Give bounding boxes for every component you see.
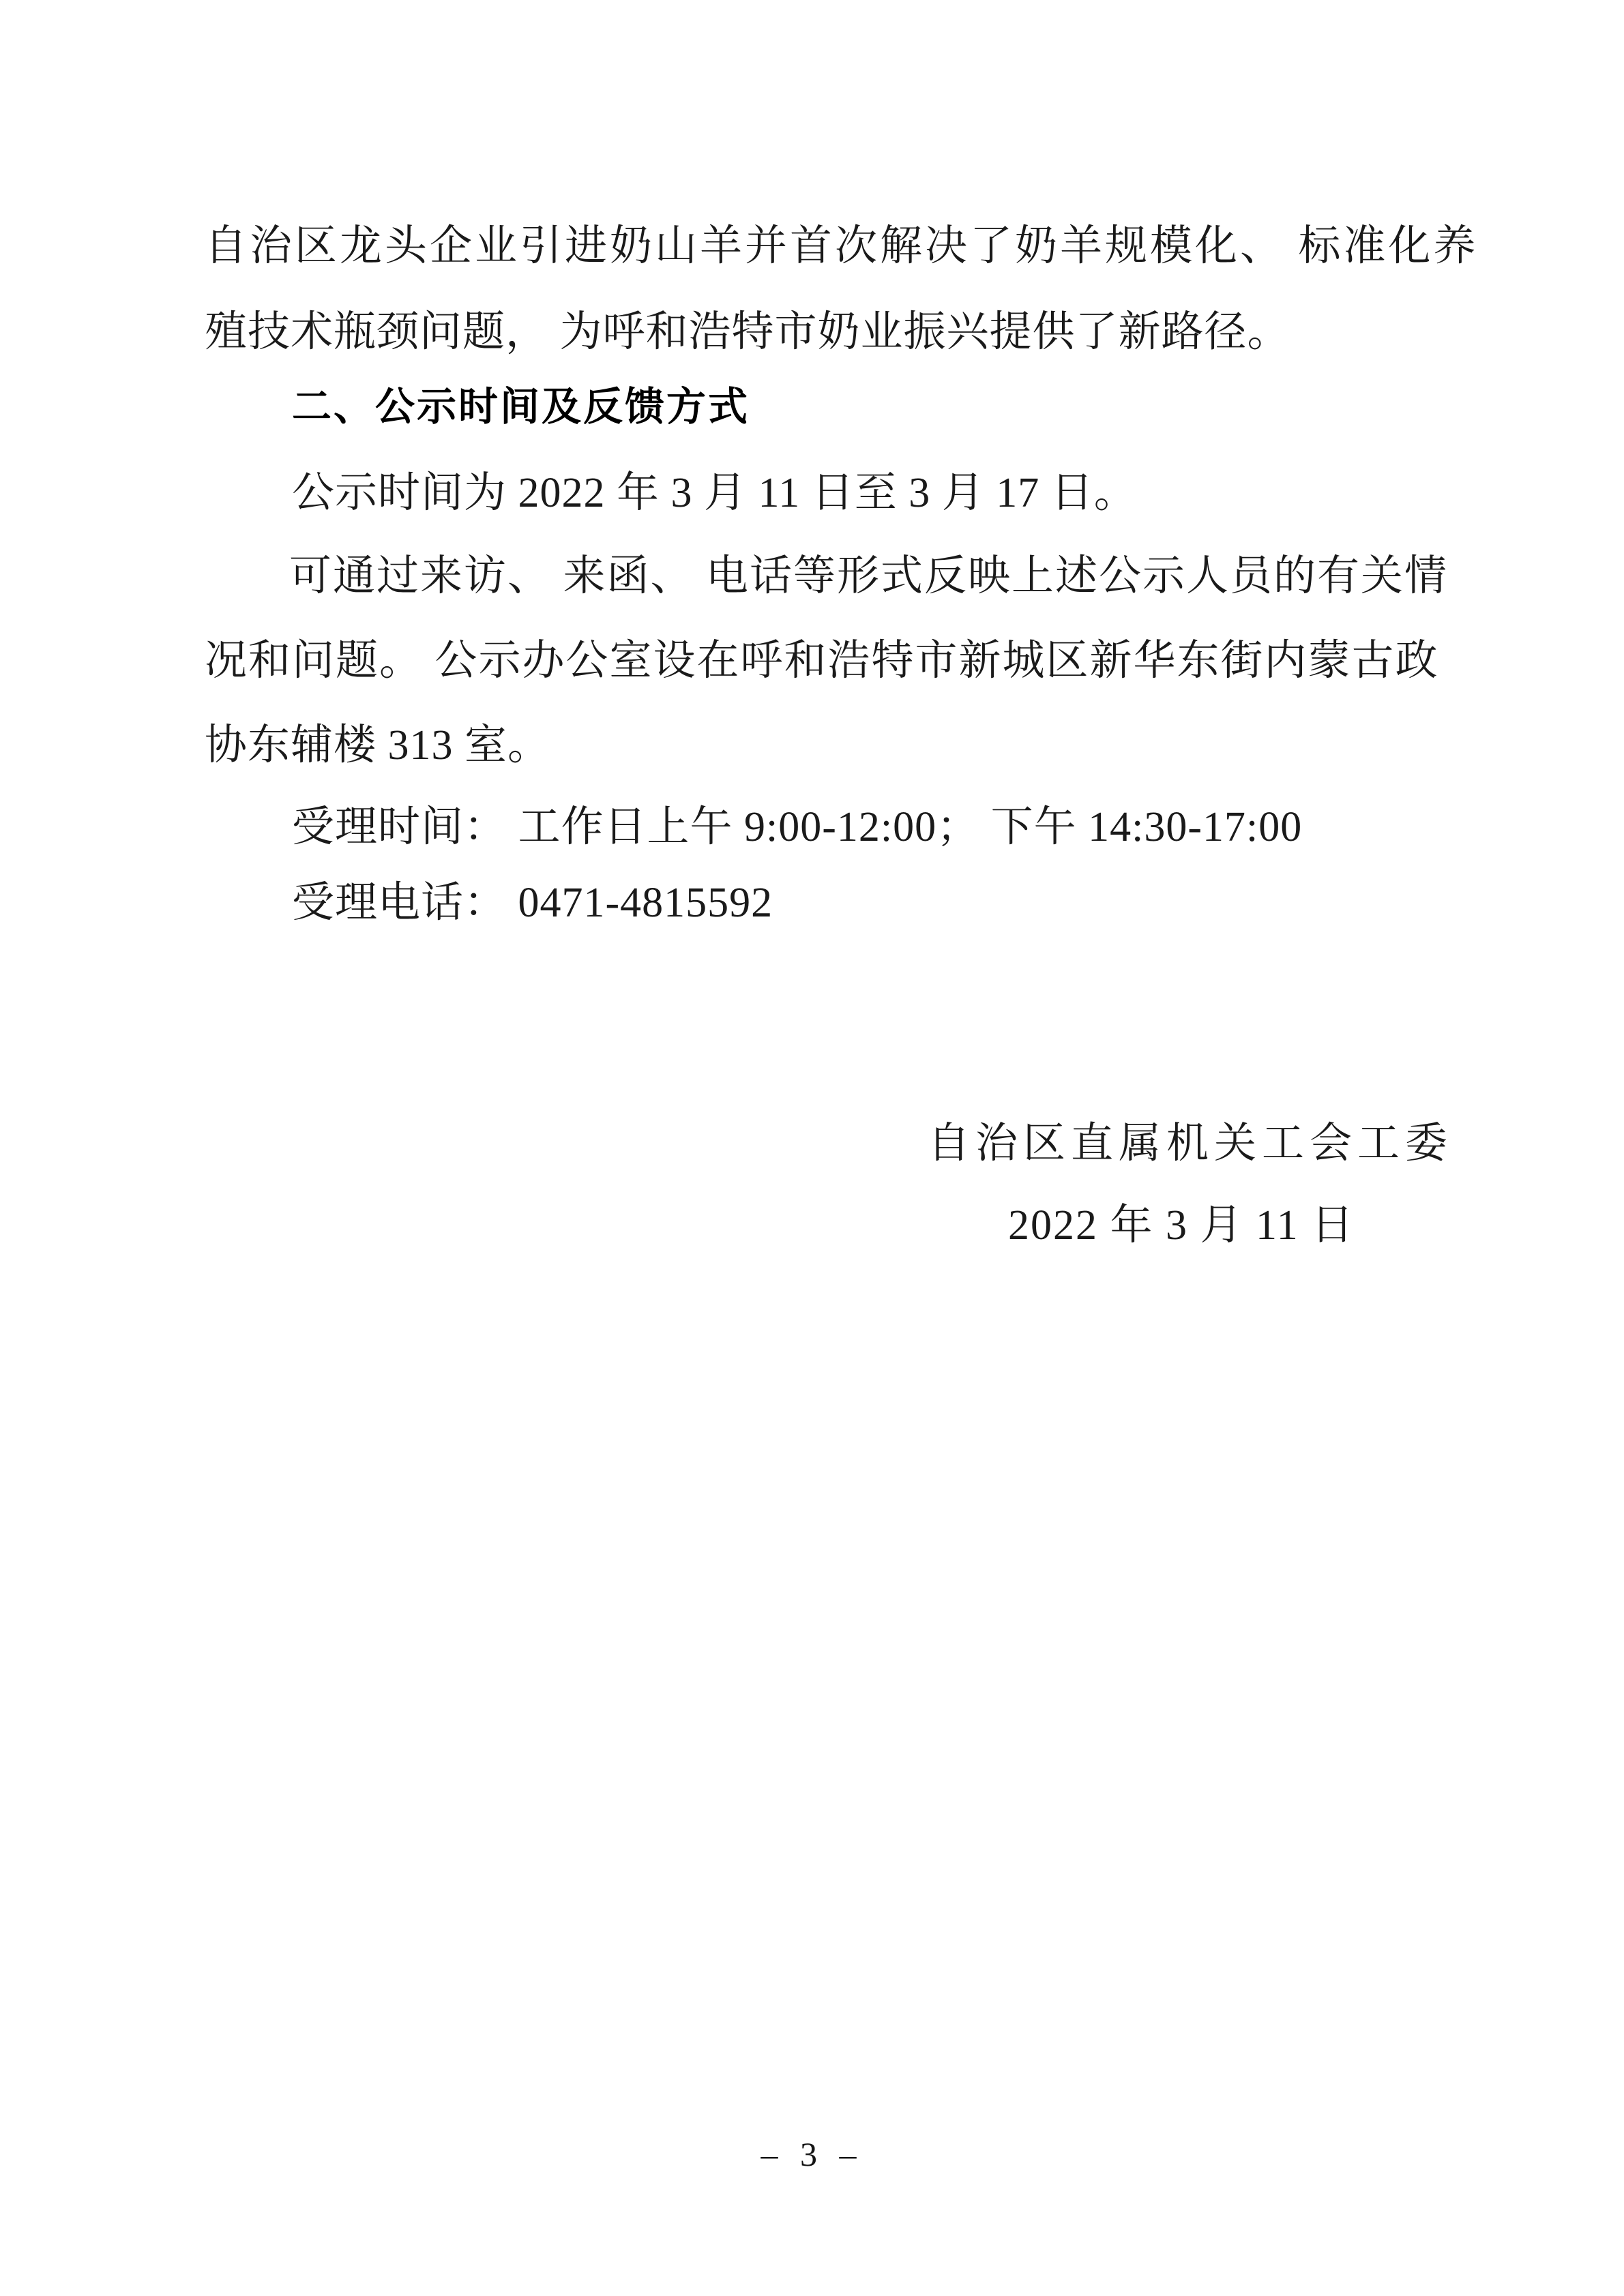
office-hours-line: 受理时间： 工作日上午 9:00-12:00； 下午 14:30-17:00 (292, 806, 1302, 848)
feedback-paragraph-line-1: 可通过来访、 来函、 电话等形式反映上述公示人员的有关情 (289, 555, 1448, 597)
paragraph-continuation-line-1: 自治区龙头企业引进奶山羊并首次解决了奶羊规模化、 标准化养 (205, 225, 1479, 267)
signature-organization: 自治区直属机关工会工委 (928, 1122, 1453, 1165)
section-heading: 二、公示时间及反馈方式 (292, 387, 750, 427)
publicity-period-line: 公示时间为 2022 年 3 月 11 日至 3 月 17 日。 (292, 472, 1137, 514)
document-page: 自治区龙头企业引进奶山羊并首次解决了奶羊规模化、 标准化养 殖技术瓶颈问题， 为… (0, 0, 1624, 2296)
paragraph-continuation-line-2: 殖技术瓶颈问题， 为呼和浩特市奶业振兴提供了新路径。 (205, 311, 1290, 353)
page-number: – 3 – (0, 2137, 1624, 2171)
feedback-paragraph-line-2: 况和问题。 公示办公室设在呼和浩特市新城区新华东街内蒙古政 (205, 640, 1439, 682)
signature-date: 2022 年 3 月 11 日 (1008, 1204, 1355, 1247)
phone-line: 受理电话： 0471-4815592 (292, 882, 773, 924)
feedback-paragraph-line-3: 协东辅楼 313 室。 (205, 724, 550, 766)
